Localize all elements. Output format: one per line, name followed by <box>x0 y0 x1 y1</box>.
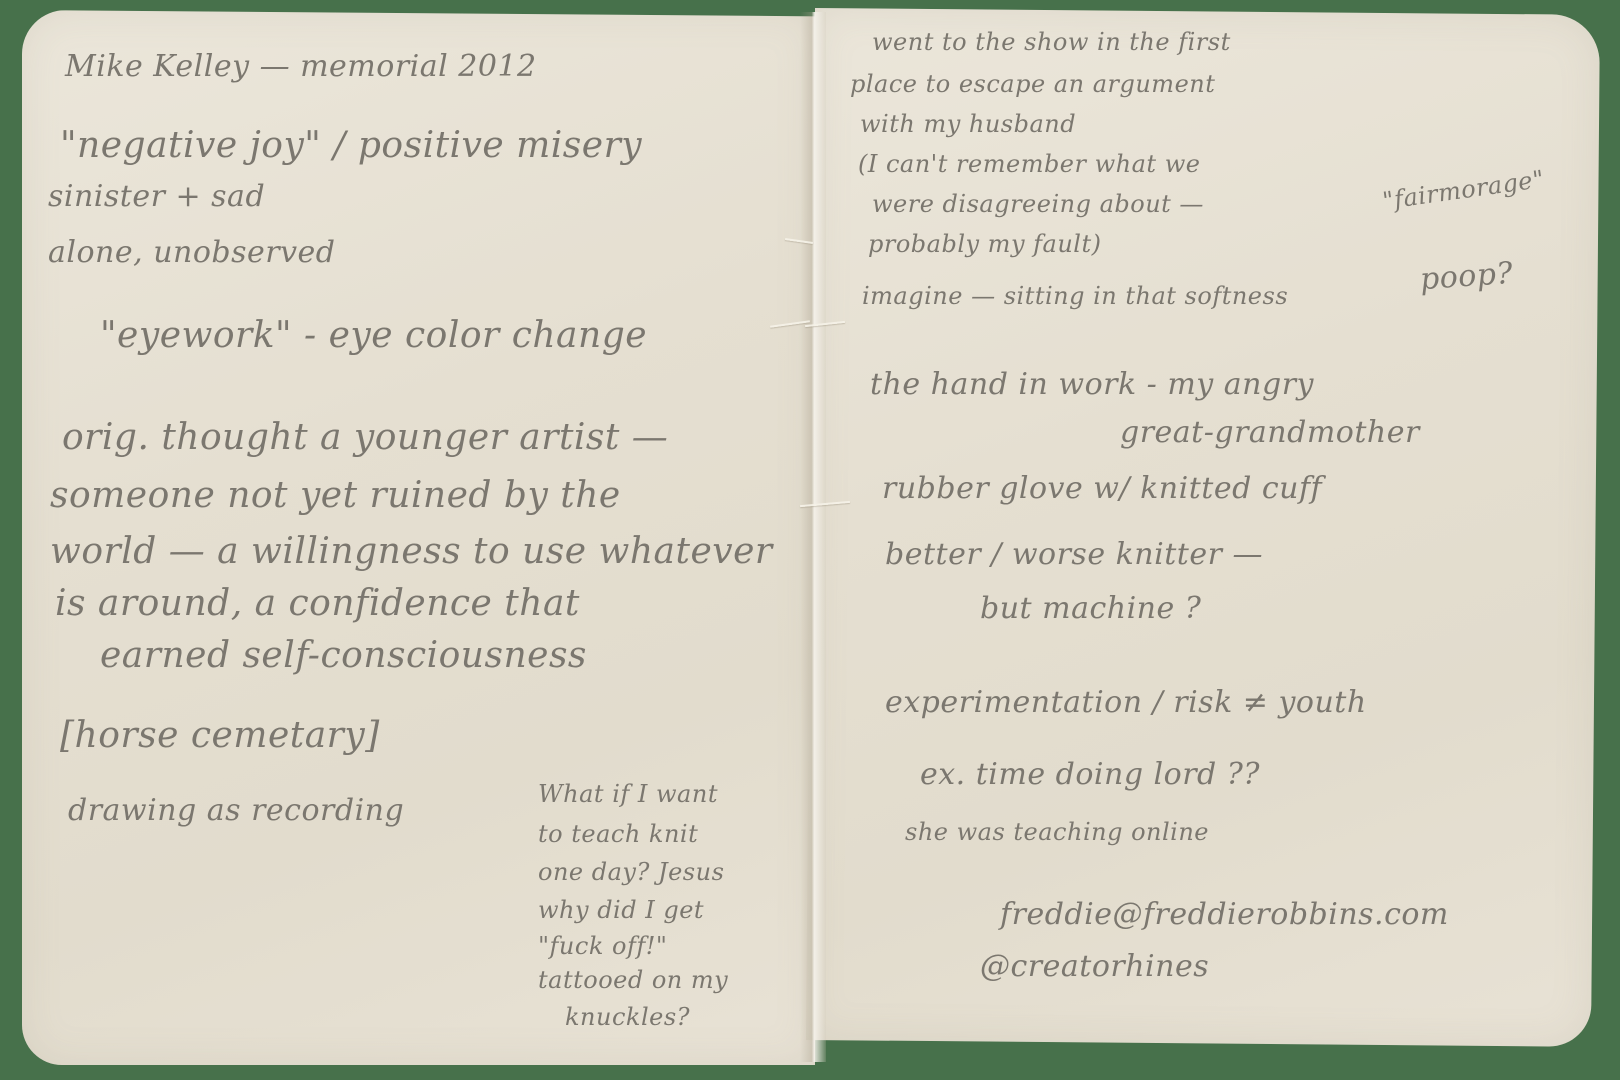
note-line: with my husband <box>860 112 1076 136</box>
note-contact-handle: @creatorhines <box>980 952 1209 982</box>
note-line: (I can't remember what we <box>858 152 1200 176</box>
margin-note-line: to teach knit <box>538 822 698 846</box>
note-line: alone, unobserved <box>48 238 336 268</box>
margin-note-line: one day? Jesus <box>538 860 724 884</box>
note-line: imagine — sitting in that softness <box>862 284 1288 308</box>
note-line: drawing as recording <box>68 796 404 826</box>
notebook-spine <box>800 12 826 1062</box>
margin-note-line: knuckles? <box>565 1005 690 1029</box>
margin-note-line: "fuck off!" <box>538 934 667 958</box>
note-line: earned self-consciousness <box>100 638 587 674</box>
open-notebook: Mike Kelley — memorial 2012 "negative jo… <box>0 0 1620 1080</box>
note-line: "eyework" - eye color change <box>100 318 647 354</box>
note-line: [horse cemetary] <box>60 718 380 754</box>
note-line: but machine ? <box>980 594 1201 624</box>
note-line: the hand in work - my angry <box>870 370 1314 400</box>
note-line: "negative joy" / positive misery <box>60 128 642 164</box>
note-line: great-grandmother <box>1120 418 1420 448</box>
note-line: sinister + sad <box>48 182 265 212</box>
note-line: someone not yet ruined by the <box>50 478 621 514</box>
note-line: place to escape an argument <box>850 72 1215 96</box>
note-title: Mike Kelley — memorial 2012 <box>65 52 537 82</box>
note-line: rubber glove w/ knitted cuff <box>882 474 1322 504</box>
note-line: orig. thought a younger artist — <box>62 420 668 456</box>
margin-note-line: What if I want <box>538 782 718 806</box>
side-note: poop? <box>1419 259 1514 295</box>
note-line: she was teaching online <box>905 820 1209 844</box>
note-line: better / worse knitter — <box>885 540 1263 570</box>
note-contact-email: freddie@freddierobbins.com <box>1000 900 1449 930</box>
note-line: world — a willingness to use whatever <box>50 534 773 570</box>
note-line: were disagreeing about — <box>872 192 1204 216</box>
note-line: went to the show in the first <box>872 30 1231 54</box>
note-line: ex. time doing lord ?? <box>920 760 1260 790</box>
note-line: is around, a confidence that <box>55 586 580 622</box>
note-line: probably my fault) <box>868 232 1101 256</box>
margin-note-line: why did I get <box>538 898 704 922</box>
note-line: experimentation / risk ≠ youth <box>885 688 1367 718</box>
margin-note-line: tattooed on my <box>538 968 728 992</box>
